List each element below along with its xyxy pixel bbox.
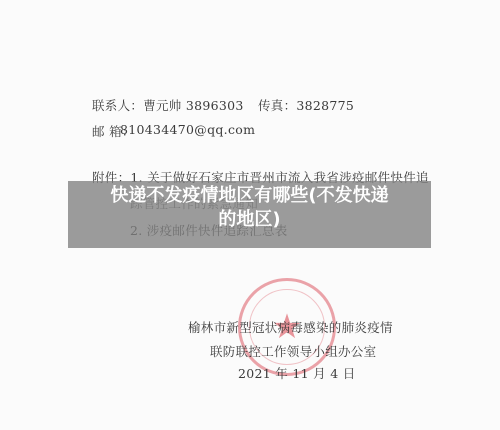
contact-line: 联系人：曹元帅 3896303 <box>92 96 244 114</box>
article-title[interactable]: 快递不发疫情地区有哪些(不发快递 的地区) <box>68 184 431 232</box>
fax-line: 传真：3828775 <box>258 96 354 114</box>
title-line-1: 快递不发疫情地区有哪些(不发快递 <box>68 184 431 208</box>
title-line-2: 的地区) <box>68 208 431 232</box>
issuer-line-1: 榆林市新型冠状病毒感染的肺炎疫情 <box>188 318 393 336</box>
email-value: 810434470@qq.com <box>120 122 255 137</box>
issue-date: 2021 年 11 月 4 日 <box>238 364 356 382</box>
issuer-line-2: 联防联控工作领导小组办公室 <box>210 342 376 360</box>
